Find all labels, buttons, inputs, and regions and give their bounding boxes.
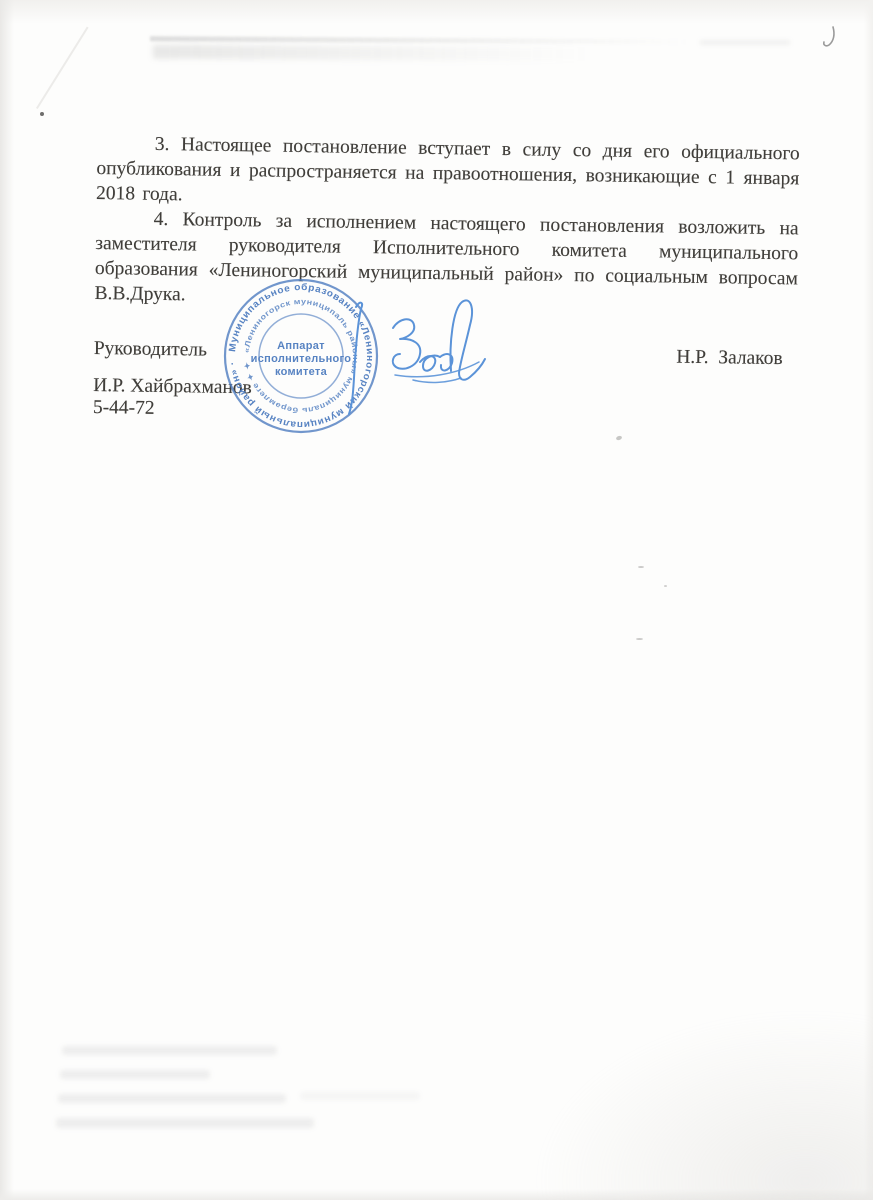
- scan-speck: [615, 435, 622, 441]
- bleedthrough-text-line: [60, 1070, 210, 1079]
- bleedthrough-text-line: [62, 1046, 277, 1055]
- scan-speck: [40, 112, 44, 116]
- signer-name: Н.Р. Залаков: [676, 345, 783, 372]
- paragraph-3: 3. Настоящее постановление вступает в си…: [96, 131, 800, 216]
- bleedthrough-smudge: [700, 40, 790, 45]
- position-title: Руководитель: [94, 336, 208, 363]
- scan-speck: [638, 566, 644, 568]
- scan-edge-top: [0, 0, 873, 24]
- bleedthrough-text-line: [58, 1094, 286, 1103]
- bleedthrough-smudge: [153, 45, 613, 62]
- scanned-page: 3. Настоящее постановление вступает в си…: [0, 0, 873, 1200]
- scan-speck: [636, 638, 643, 640]
- stamp-center-line-3: комитета: [275, 366, 328, 378]
- scan-edge-left: [0, 0, 14, 1200]
- scan-shadow-bottom-right: [533, 1010, 873, 1200]
- bleedthrough-smudge: [150, 36, 750, 45]
- stamp-center-line-1: Аппарат: [277, 340, 325, 352]
- page-corner-crease: [36, 27, 88, 109]
- bleedthrough-text-line: [56, 1118, 314, 1128]
- scan-speck: [664, 585, 667, 587]
- bleedthrough-text-line: [300, 1092, 420, 1100]
- pen-checkmark-icon: [818, 24, 840, 52]
- handwritten-signature: [333, 283, 533, 428]
